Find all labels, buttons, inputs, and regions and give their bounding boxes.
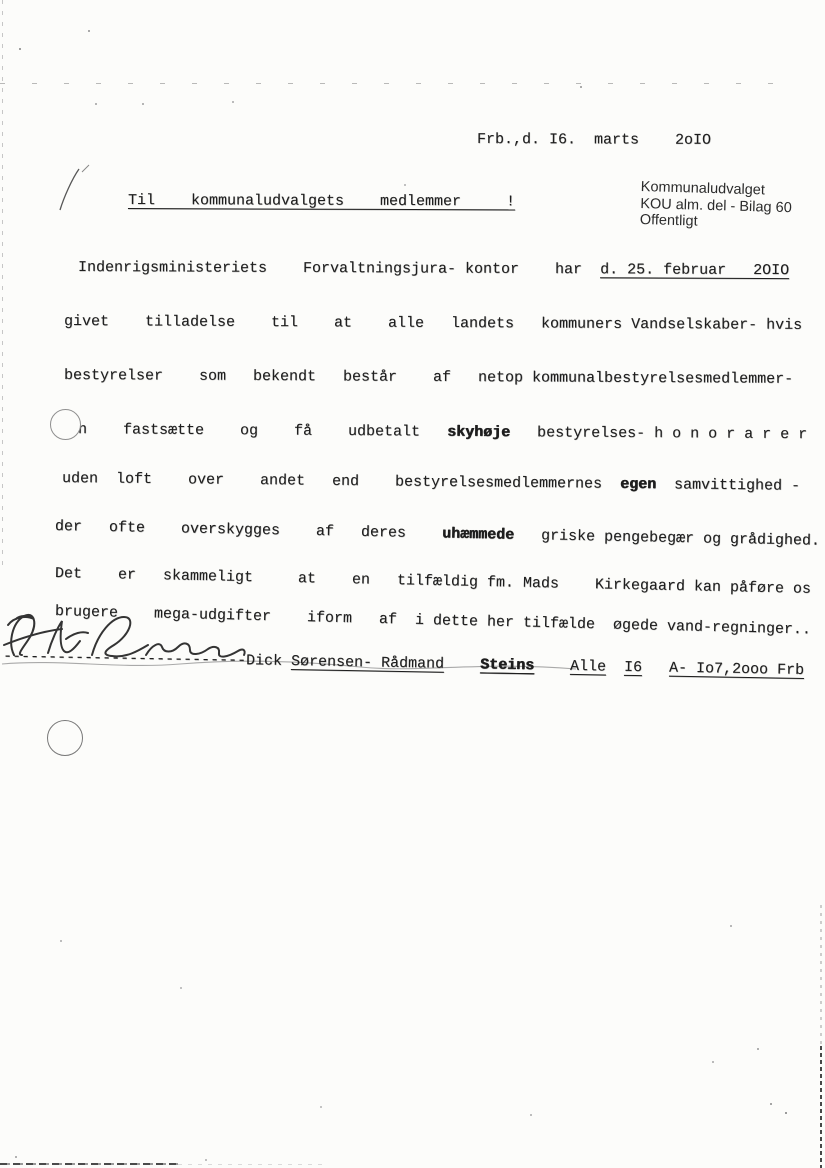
signature-line-segment [444, 656, 480, 674]
para-line-2: givet tilladelse til at alle landets kom… [64, 313, 802, 334]
handwritten-signature [0, 603, 250, 673]
signature-line-segment: Steins [480, 656, 534, 674]
para-line-7-segment: Det er skammeligt at en tilfældig fm. Ma… [55, 565, 811, 598]
hole-punch-bottom [47, 720, 83, 756]
para-line-3: bestyrelser som bekendt består af netop … [64, 367, 793, 388]
scan-artifact-right-edge-light [820, 905, 822, 1046]
scan-artifact-left-edge [2, 0, 3, 565]
letter-heading-segment: Til kommunaludvalgets medlemmer ! [128, 192, 515, 210]
para-line-6: der ofte overskygges af deres uhæmmede g… [55, 518, 820, 550]
para-line-7: Det er skammeligt at en tilfældig fm. Ma… [55, 565, 811, 598]
para-line-1-segment: Indenrigsministeriets Forvaltningsjura- … [78, 259, 600, 278]
para-line-5-segment: samvittighed - [656, 476, 800, 495]
signature-line-segment [642, 659, 669, 676]
para-line-1: Indenrigsministeriets Forvaltningsjura- … [78, 259, 789, 279]
signature-line-segment [534, 657, 570, 675]
date-line-segment: Frb.,d. I6. marts 2oIO [477, 131, 711, 149]
para-line-5-segment: egen [620, 476, 656, 493]
letter-page: Kommunaludvalget KOU alm. del - Bilag 60… [0, 0, 825, 1168]
para-line-4: kan fastsætte og få udbetalt skyhøje bes… [60, 421, 807, 443]
para-line-5: uden loft over andet end bestyrelsesmedl… [62, 470, 800, 495]
hole-punch-top [50, 409, 81, 440]
date-line: Frb.,d. I6. marts 2oIO [477, 131, 711, 149]
scan-artifact-bottom-line-faint [178, 1164, 328, 1165]
signature-line-segment: I6 [624, 659, 642, 676]
para-line-3-segment: bestyrelser som bekendt består af netop … [64, 367, 793, 388]
pen-slash-mark [52, 163, 98, 215]
letter-heading: Til kommunaludvalgets medlemmer ! [128, 192, 515, 210]
committee-stamp: Kommunaludvalget KOU alm. del - Bilag 60… [640, 179, 793, 233]
para-line-6-segment: der ofte overskygges af deres [55, 518, 442, 542]
scan-artifact-bottom-line [0, 1163, 178, 1165]
para-line-4-segment: kan fastsætte og få udbetalt [60, 421, 447, 441]
para-line-4-segment: bestyrelses- h o n o r a r e r [510, 424, 807, 443]
para-line-4-segment: skyhøje [447, 424, 510, 441]
signature-line-segment: Sørensen- Rådmand [291, 653, 444, 673]
scan-artifact-speckles [0, 0, 2, 2]
signature-line-segment [606, 659, 624, 676]
para-line-1-segment: d. 25. februar 2OIO [600, 261, 789, 279]
para-line-2-segment: givet tilladelse til at alle landets kom… [64, 313, 802, 334]
para-line-6-segment: uhæmmede [442, 525, 514, 543]
scan-artifact-top-dotted-line [0, 83, 792, 84]
scan-artifact-right-edge-dark [820, 1046, 822, 1168]
para-line-5-segment: uden loft over andet end bestyrelsesmedl… [62, 470, 620, 493]
para-line-6-segment: griske pengebegær og grådighed. [514, 527, 820, 550]
signature-line-segment: A- Io7,2ooo Frb [669, 660, 804, 679]
signature-line-segment: Alle [570, 658, 606, 676]
